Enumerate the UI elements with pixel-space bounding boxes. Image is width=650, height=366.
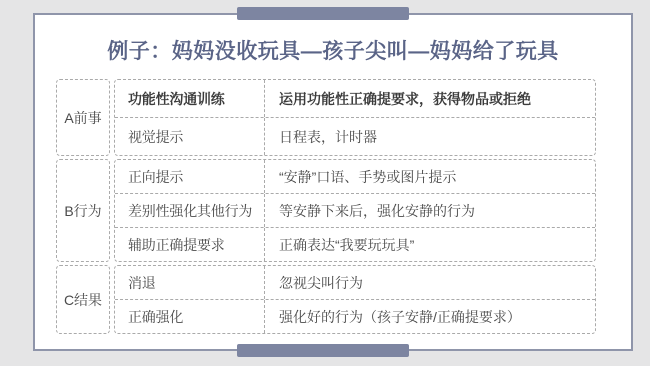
section-label-behavior: B行为 bbox=[56, 159, 110, 262]
section-content-behavior: 正向提示 “安静”口语、手势或图片提示 差别性强化其他行为 等安静下来后，强化安… bbox=[114, 159, 596, 262]
table-row: 辅助正确提要求 正确表达“我要玩玩具” bbox=[115, 227, 595, 261]
table-section-behavior: B行为 正向提示 “安静”口语、手势或图片提示 差别性强化其他行为 等安静下来后… bbox=[56, 159, 596, 262]
method-cell: 消退 bbox=[115, 266, 265, 299]
section-label-consequence: C结果 bbox=[56, 265, 110, 334]
table-section-antecedent: A前事 功能性沟通训练 运用功能性正确提要求，获得物品或拒绝 视觉提示 日程表，… bbox=[56, 79, 596, 156]
description-cell: 强化好的行为（孩子安静/正确提要求） bbox=[265, 307, 595, 327]
method-cell: 正确强化 bbox=[115, 300, 265, 333]
slide-title: 例子：妈妈没收玩具—孩子尖叫—妈妈给了玩具 bbox=[35, 35, 631, 65]
section-content-antecedent: 功能性沟通训练 运用功能性正确提要求，获得物品或拒绝 视觉提示 日程表，计时器 bbox=[114, 79, 596, 156]
table-row: 正确强化 强化好的行为（孩子安静/正确提要求） bbox=[115, 299, 595, 333]
description-cell: 日程表，计时器 bbox=[265, 127, 595, 147]
method-cell: 功能性沟通训练 bbox=[115, 80, 265, 117]
method-cell: 差别性强化其他行为 bbox=[115, 194, 265, 227]
table-row: 视觉提示 日程表，计时器 bbox=[115, 117, 595, 155]
aba-intervention-table: A前事 功能性沟通训练 运用功能性正确提要求，获得物品或拒绝 视觉提示 日程表，… bbox=[56, 79, 596, 334]
table-row: 消退 忽视尖叫行为 bbox=[115, 266, 595, 299]
description-cell: 运用功能性正确提要求，获得物品或拒绝 bbox=[265, 89, 595, 109]
table-row: 功能性沟通训练 运用功能性正确提要求，获得物品或拒绝 bbox=[115, 80, 595, 117]
description-cell: 等安静下来后，强化安静的行为 bbox=[265, 201, 595, 221]
description-cell: 正确表达“我要玩玩具” bbox=[265, 235, 595, 255]
description-cell: “安静”口语、手势或图片提示 bbox=[265, 167, 595, 187]
method-cell: 辅助正确提要求 bbox=[115, 228, 265, 261]
bottom-accent-bar bbox=[237, 344, 409, 357]
section-content-consequence: 消退 忽视尖叫行为 正确强化 强化好的行为（孩子安静/正确提要求） bbox=[114, 265, 596, 334]
method-cell: 正向提示 bbox=[115, 160, 265, 193]
top-accent-bar bbox=[237, 7, 409, 20]
method-cell: 视觉提示 bbox=[115, 118, 265, 155]
table-section-consequence: C结果 消退 忽视尖叫行为 正确强化 强化好的行为（孩子安静/正确提要求） bbox=[56, 265, 596, 334]
section-label-antecedent: A前事 bbox=[56, 79, 110, 156]
table-row: 正向提示 “安静”口语、手势或图片提示 bbox=[115, 160, 595, 193]
content-card: 例子：妈妈没收玩具—孩子尖叫—妈妈给了玩具 A前事 功能性沟通训练 运用功能性正… bbox=[33, 13, 633, 351]
description-cell: 忽视尖叫行为 bbox=[265, 273, 595, 293]
table-row: 差别性强化其他行为 等安静下来后，强化安静的行为 bbox=[115, 193, 595, 227]
